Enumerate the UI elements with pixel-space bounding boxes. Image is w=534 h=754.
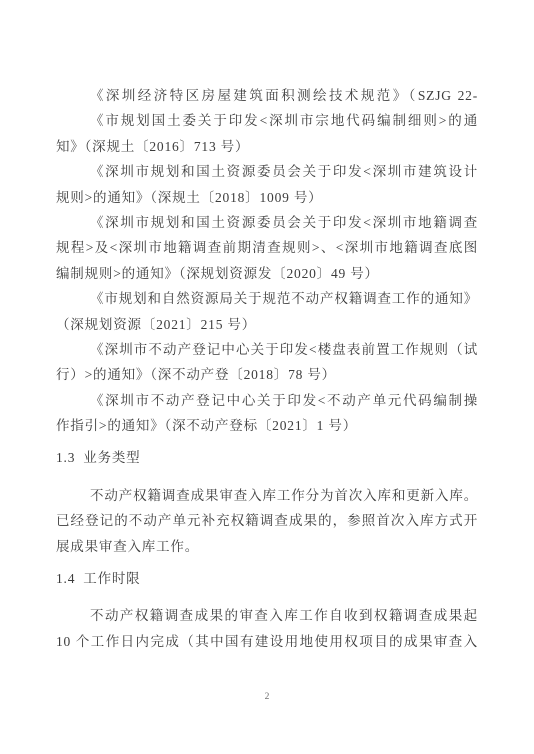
text-line: 规程>及<深圳市地籍调查前期清查规则>、<深圳市地籍调查底图 <box>56 235 478 260</box>
sections-list: 1.3业务类型不动产权籍调查成果审查入库工作分为首次入库和更新入库。已经登记的不… <box>56 445 478 654</box>
text-line: 已经登记的不动产单元补充权籍调查成果的，参照首次入库方式开 <box>56 508 478 533</box>
document-page: 《深圳经济特区房屋建筑面积测绘技术规范》（SZJG 22-2015）《市规划国土… <box>0 0 534 754</box>
references-list: 《深圳经济特区房屋建筑面积测绘技术规范》（SZJG 22-2015）《市规划国土… <box>56 83 478 438</box>
text-line: 行）>的通知》（深不动产登〔2018〕78 号） <box>56 362 478 387</box>
page-number: 2 <box>0 691 534 703</box>
reference-paragraph: 《深圳市不动产登记中心关于印发<不动产单元代码编制操作指引>的通知》（深不动产登… <box>56 388 478 439</box>
reference-paragraph: 《市规划国土委关于印发<深圳市宗地代码编制细则>的通知》（深规土〔2016〕71… <box>56 108 478 159</box>
section-heading: 1.4工作时限 <box>56 566 478 591</box>
text-line: 知》（深规土〔2016〕713 号） <box>56 134 478 159</box>
text-line: 《深圳市不动产登记中心关于印发<楼盘表前置工作规则（试 <box>56 337 478 362</box>
reference-paragraph: 《深圳市规划和国土资源委员会关于印发<深圳市地籍调查规程>及<深圳市地籍调查前期… <box>56 210 478 286</box>
body-paragraph: 不动产权籍调查成果的审查入库工作自收到权籍调查成果起10 个工作日内完成（其中国… <box>56 603 478 654</box>
reference-paragraph: 《深圳市规划和国土资源委员会关于印发<深圳市建筑设计规则>的通知》（深规土〔20… <box>56 159 478 210</box>
text-line: 《深圳经济特区房屋建筑面积测绘技术规范》（SZJG 22-2015） <box>56 83 478 108</box>
section-heading-number: 1.3 <box>56 450 75 465</box>
text-line: 《深圳市规划和国土资源委员会关于印发<深圳市地籍调查 <box>56 210 478 235</box>
body-paragraph: 不动产权籍调查成果审查入库工作分为首次入库和更新入库。已经登记的不动产单元补充权… <box>56 483 478 559</box>
section-heading: 1.3业务类型 <box>56 445 478 470</box>
text-line: 展成果审查入库工作。 <box>56 534 478 559</box>
section-heading-number: 1.4 <box>56 571 75 586</box>
reference-paragraph: 《深圳市不动产登记中心关于印发<楼盘表前置工作规则（试行）>的通知》（深不动产登… <box>56 337 478 388</box>
text-line: 《市规划国土委关于印发<深圳市宗地代码编制细则>的通 <box>56 108 478 133</box>
text-line: 作指引>的通知》（深不动产登标〔2021〕1 号） <box>56 413 478 438</box>
text-line: 《深圳市规划和国土资源委员会关于印发<深圳市建筑设计 <box>56 159 478 184</box>
section: 1.3业务类型不动产权籍调查成果审查入库工作分为首次入库和更新入库。已经登记的不… <box>56 445 478 559</box>
page-content: 《深圳经济特区房屋建筑面积测绘技术规范》（SZJG 22-2015）《市规划国土… <box>56 83 478 654</box>
reference-paragraph: 《市规划和自然资源局关于规范不动产权籍调查工作的通知》（深规划资源〔2021〕2… <box>56 286 478 337</box>
text-line: 10 个工作日内完成（其中国有建设用地使用权项目的成果审查入 <box>56 629 478 654</box>
text-line: 不动产权籍调查成果的审查入库工作自收到权籍调查成果起 <box>56 603 478 628</box>
text-line: 《市规划和自然资源局关于规范不动产权籍调查工作的通知》 <box>56 286 478 311</box>
reference-paragraph: 《深圳经济特区房屋建筑面积测绘技术规范》（SZJG 22-2015） <box>56 83 478 108</box>
text-line: 规则>的通知》（深规土〔2018〕1009 号） <box>56 185 478 210</box>
section-heading-title: 业务类型 <box>83 450 140 465</box>
text-line: 编制规则>的通知》（深规划资源发〔2020〕49 号） <box>56 261 478 286</box>
text-line: 《深圳市不动产登记中心关于印发<不动产单元代码编制操 <box>56 388 478 413</box>
section-heading-title: 工作时限 <box>83 571 140 586</box>
text-line: 不动产权籍调查成果审查入库工作分为首次入库和更新入库。 <box>56 483 478 508</box>
text-line: （深规划资源〔2021〕215 号） <box>56 312 478 337</box>
section: 1.4工作时限不动产权籍调查成果的审查入库工作自收到权籍调查成果起10 个工作日… <box>56 566 478 654</box>
